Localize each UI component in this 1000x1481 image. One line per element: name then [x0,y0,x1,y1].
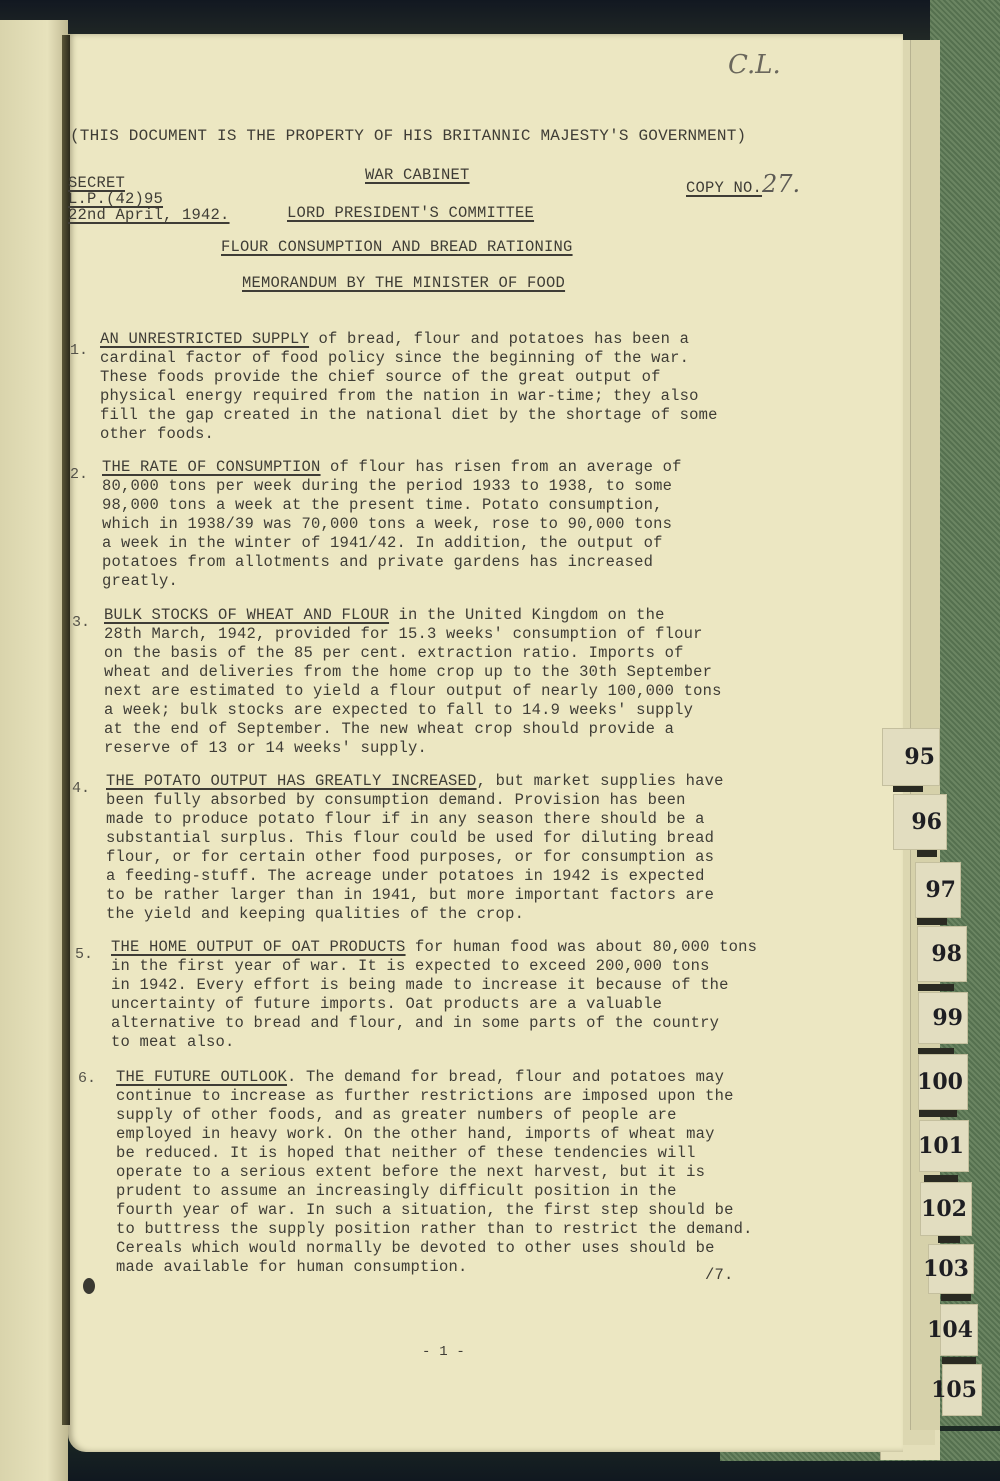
index-tab-97[interactable]: 97 [915,862,961,918]
paragraph-2: 2. THE RATE OF CONSUMPTION of flour has … [102,458,682,591]
document-subtitle: MEMORANDUM BY THE MINISTER OF FOOD [242,274,565,292]
paragraph-line: reserve of 13 or 14 weeks' supply. [104,739,722,758]
tab-notch [917,918,947,925]
paragraph-line: of bread, flour and potatoes has been a [309,330,689,348]
gutter-shadow [62,35,70,1425]
paragraph-line: made available for human consumption. [116,1258,753,1277]
paragraph-line: flour, or for certain other food purpose… [106,848,724,867]
paragraph-heading: THE HOME OUTPUT OF OAT PRODUCTS [111,938,406,956]
handwritten-initials: C.L. [728,50,781,80]
index-tab-105[interactable]: 105 [942,1364,982,1416]
paragraph-3: 3. BULK STOCKS OF WHEAT AND FLOUR in the… [104,606,722,758]
index-tab-95[interactable]: 95 [882,728,940,786]
left-facing-page [0,20,68,1481]
paragraph-1: 1. AN UNRESTRICTED SUPPLY of bread, flou… [100,330,718,444]
paragraph-number: 3. [72,614,90,631]
tab-notch [941,1294,971,1301]
paragraph-line: 98,000 tons a week at the present time. … [102,496,682,515]
tab-notch [942,1357,976,1364]
paragraph-line: supply of other foods, and as greater nu… [116,1106,753,1125]
paragraph-line: to buttress the supply position rather t… [116,1220,753,1239]
property-notice: (THIS DOCUMENT IS THE PROPERTY OF HIS BR… [70,127,746,145]
index-tab-104[interactable]: 104 [940,1304,978,1356]
paragraph-line: to meat also. [111,1033,757,1052]
paragraph-line: prudent to assume an increasingly diffic… [116,1182,753,1201]
page-number: - 1 - [422,1344,465,1360]
paragraph-line: a feeding-stuff. The acreage under potat… [106,867,724,886]
paragraph-number: 2. [70,466,88,483]
committee-heading: LORD PRESIDENT'S COMMITTEE [287,204,534,222]
index-tab-96[interactable]: 96 [893,794,947,850]
paragraph-line: Cereals which would normally be devoted … [116,1239,753,1258]
copy-number-block: COPY NO.27. [686,170,800,198]
document-title: FLOUR CONSUMPTION AND BREAD RATIONING [221,238,573,256]
paragraph-line: other foods. [100,425,718,444]
paragraph-line: a week in the winter of 1941/42. In addi… [102,534,682,553]
tab-notch [938,1236,960,1243]
paragraph-line: in the United Kingdom on the [389,606,665,624]
paragraph-line: fourth year of war. In such a situation,… [116,1201,753,1220]
paragraph-heading: THE POTATO OUTPUT HAS GREATLY INCREASED [106,772,477,790]
paragraph-line: operate to a serious extent before the n… [116,1163,753,1182]
paragraph-line: 80,000 tons per week during the period 1… [102,477,682,496]
paragraph-number: 5. [75,946,93,963]
tab-notch [917,850,937,857]
index-tab-103[interactable]: 103 [928,1244,974,1294]
tab-notch [918,984,954,991]
document-date: 22nd April, 1942. [68,206,230,224]
paragraph-line: to be rather larger than in 1941, but mo… [106,886,724,905]
paragraph-line: potatoes from allotments and private gar… [102,553,682,572]
copy-number-handwritten: 27. [762,170,800,198]
paragraph-line: on the basis of the 85 per cent. extract… [104,644,722,663]
paragraph-number: 1. [70,342,88,359]
paragraph-number: 4. [72,780,90,797]
paragraph-line: , but market supplies have [477,772,724,790]
paragraph-line: of flour has risen from an average of [321,458,682,476]
paragraph-line: alternative to bread and flour, and in s… [111,1014,757,1033]
paragraph-line: fill the gap created in the national die… [100,406,718,425]
index-tab-101[interactable]: 101 [919,1120,969,1172]
paragraph-line: a week; bulk stocks are expected to fall… [104,701,722,720]
paragraph-line: next are estimated to yield a flour outp… [104,682,722,701]
paragraph-line: wheat and deliveries from the home crop … [104,663,722,682]
paragraph-line: These foods provide the chief source of … [100,368,718,387]
paragraph-line: employed in heavy work. On the other han… [116,1125,753,1144]
paragraph-line: substantial surplus. This flour could be… [106,829,724,848]
index-tab-100[interactable]: 100 [918,1054,968,1110]
tab-notch [919,1110,957,1117]
paragraph-line: in 1942. Every effort is being made to i… [111,976,757,995]
paragraph-heading: THE RATE OF CONSUMPTION [102,458,321,476]
tab-notch [924,1175,958,1182]
paragraph-heading: BULK STOCKS OF WHEAT AND FLOUR [104,606,389,624]
tab-notch [893,785,923,792]
paragraph-heading: THE FUTURE OUTLOOK [116,1068,287,1086]
index-tab-98[interactable]: 98 [917,926,967,982]
paragraph-line: made to produce potato flour if in any s… [106,810,724,829]
paragraph-line: 28th March, 1942, provided for 15.3 week… [104,625,722,644]
paragraph-6: 6. THE FUTURE OUTLOOK. The demand for br… [116,1068,753,1277]
continuation-marker: /7. [705,1266,734,1284]
paragraph-line: cardinal factor of food policy since the… [100,349,718,368]
index-tab-102[interactable]: 102 [920,1182,972,1236]
paragraph-line: been fully absorbed by consumption deman… [106,791,724,810]
paragraph-line: uncertainty of future imports. Oat produ… [111,995,757,1014]
cabinet-heading: WAR CABINET [365,166,470,184]
paragraph-line: be reduced. It is hoped that neither of … [116,1144,753,1163]
paragraph-line: which in 1938/39 was 70,000 tons a week,… [102,515,682,534]
paragraph-4: 4. THE POTATO OUTPUT HAS GREATLY INCREAS… [106,772,724,924]
paragraph-line: in the first year of war. It is expected… [111,957,757,976]
paragraph-line: the yield and keeping qualities of the c… [106,905,724,924]
punch-hole [83,1278,95,1294]
paragraph-line: . The demand for bread, flour and potato… [287,1068,724,1086]
paragraph-line: physical energy required from the nation… [100,387,718,406]
paragraph-heading: AN UNRESTRICTED SUPPLY [100,330,309,348]
paragraph-line: for human food was about 80,000 tons [406,938,758,956]
paragraph-line: at the end of September. The new wheat c… [104,720,722,739]
copy-label: COPY NO. [686,179,762,197]
index-tab-99[interactable]: 99 [918,992,968,1044]
paragraph-line: greatly. [102,572,682,591]
paragraph-line: continue to increase as further restrict… [116,1087,753,1106]
paragraph-5: 5. THE HOME OUTPUT OF OAT PRODUCTS for h… [111,938,757,1052]
paragraph-number: 6. [78,1070,96,1087]
